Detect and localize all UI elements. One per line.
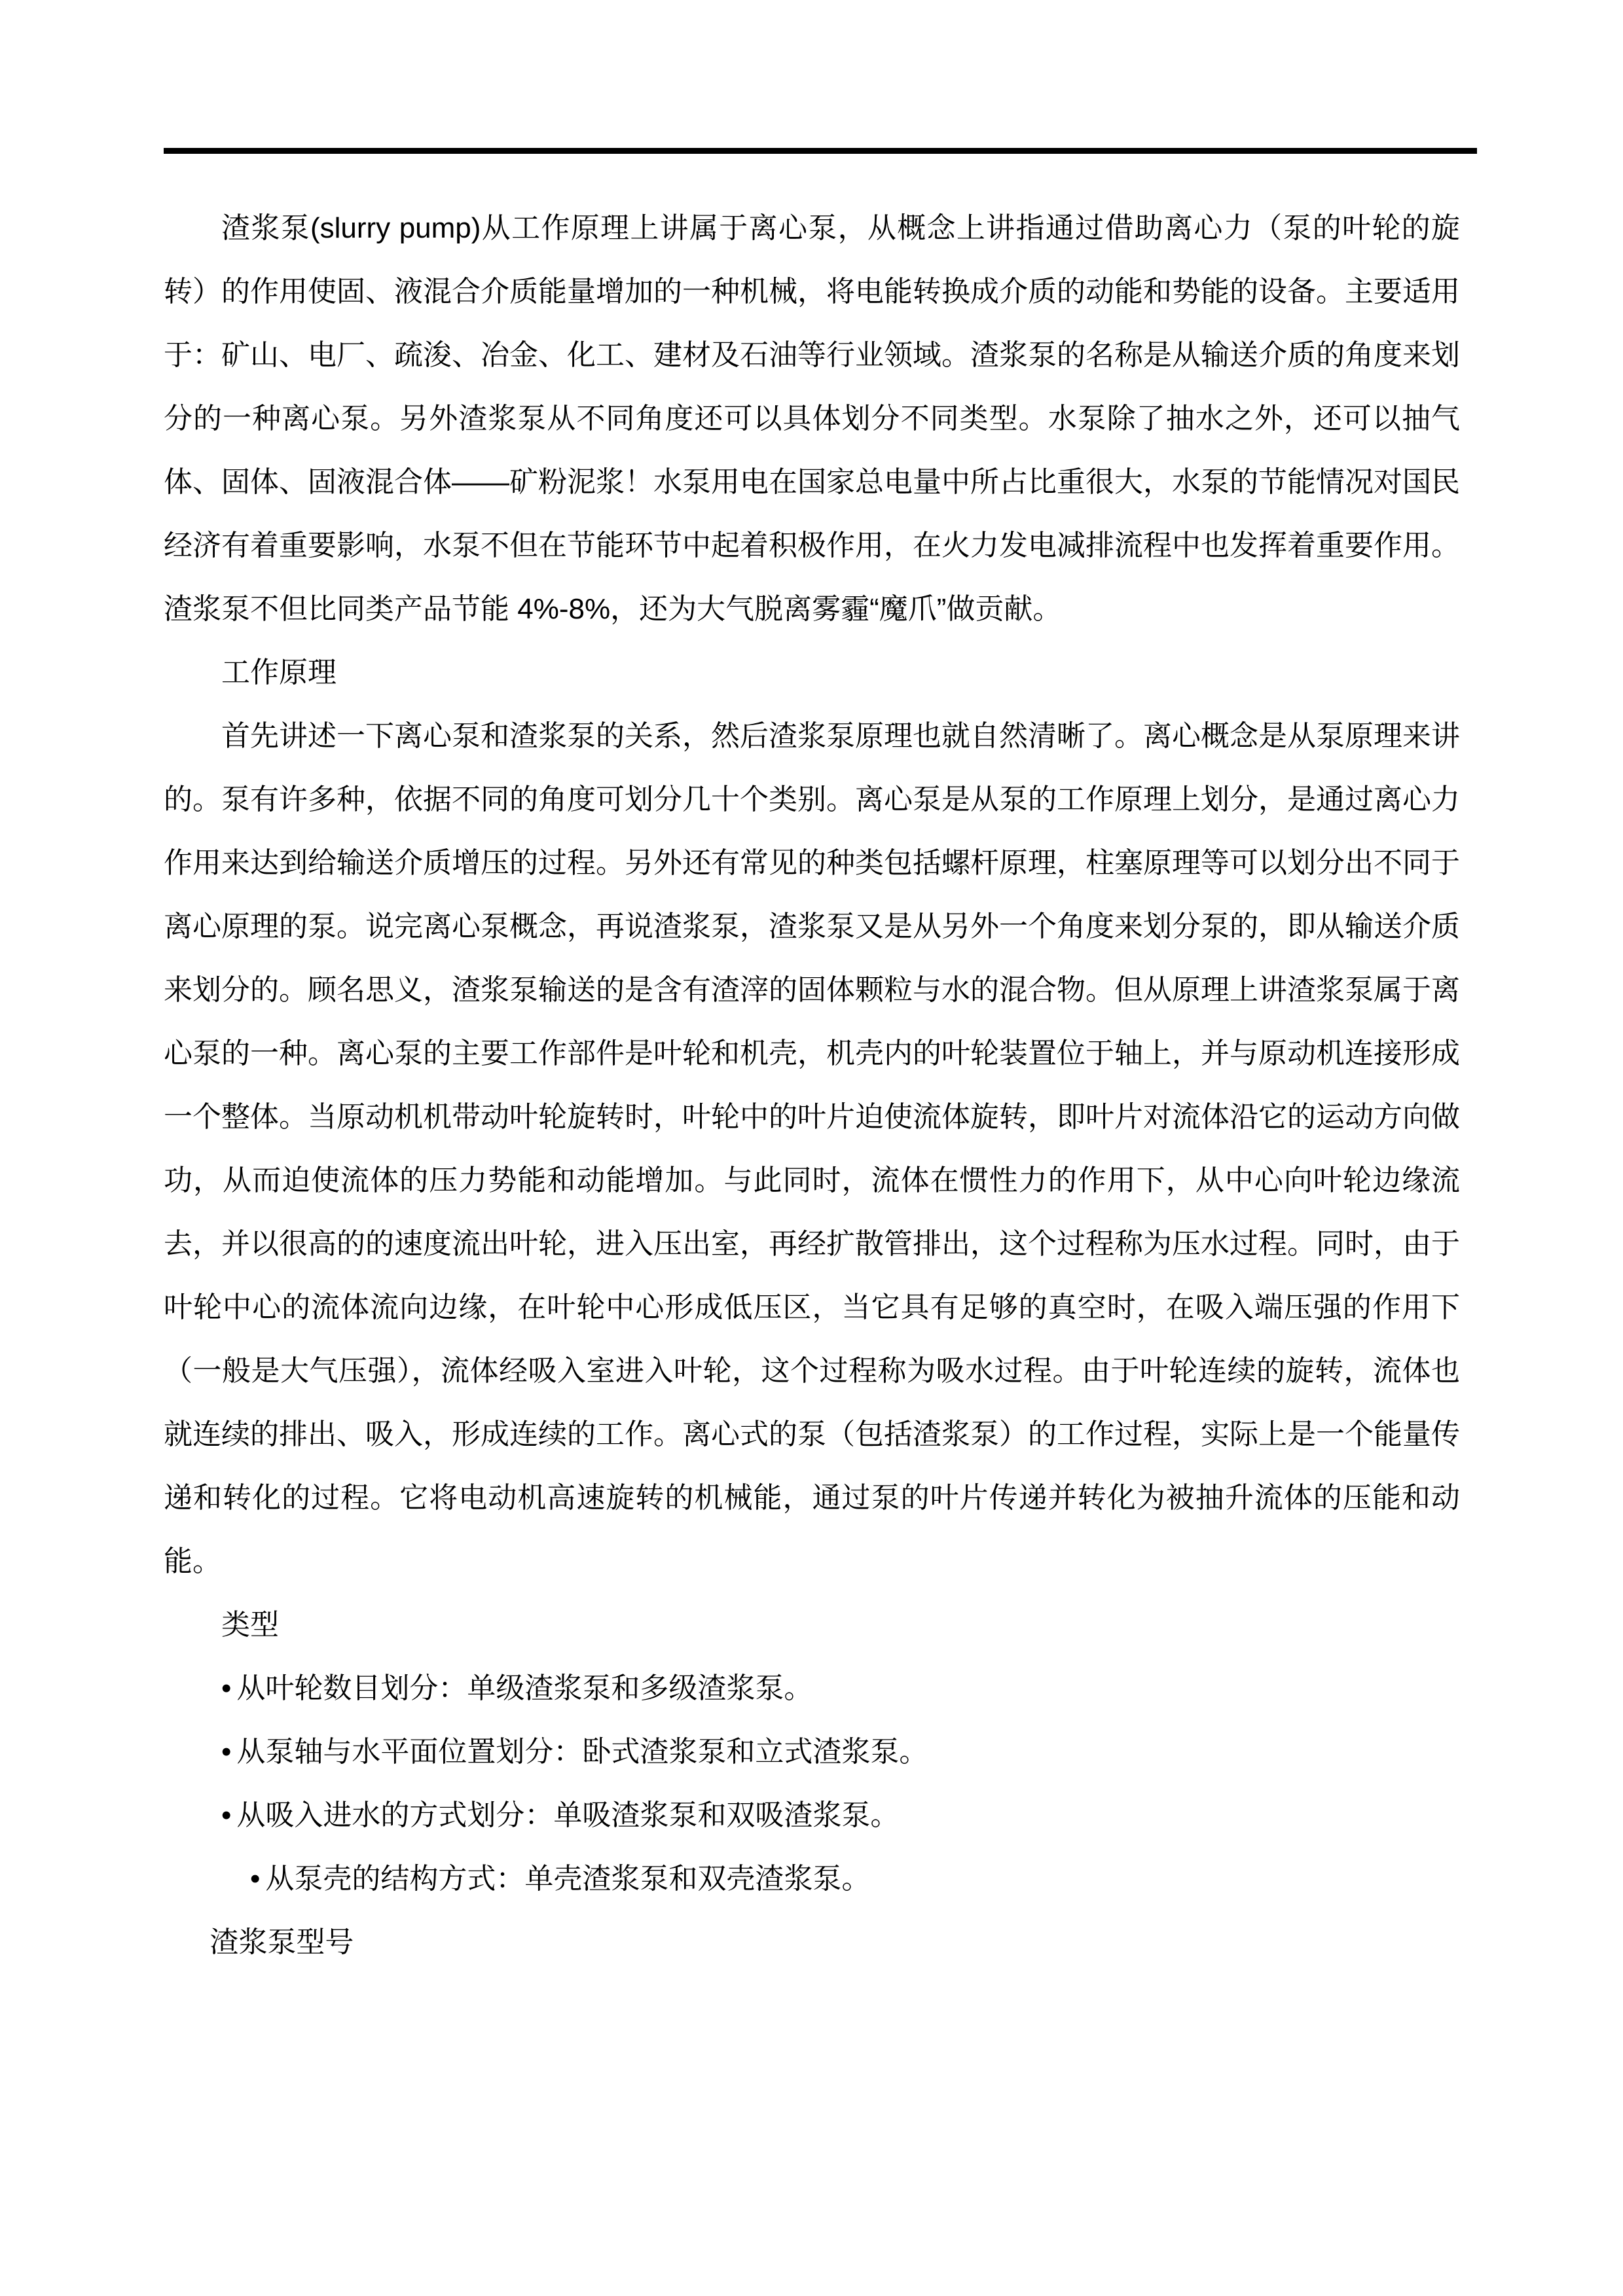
paragraph-intro: 渣浆泵(slurry pump)从工作原理上讲属于离心泵，从概念上讲指通过借助离… [164,196,1460,641]
bullet-item-text: 从泵壳的结构方式：单壳渣浆泵和双壳渣浆泵。 [265,1863,870,1895]
heading-pump-model: 渣浆泵型号 [164,1910,1460,1974]
paragraph-working-principle: 首先讲述一下离心泵和渣浆泵的关系，然后渣浆泵原理也就自然清晰了。离心概念是从泵原… [164,704,1460,1593]
header-rule [164,148,1477,154]
bullet-item-text: 从泵轴与水平面位置划分：卧式渣浆泵和立式渣浆泵。 [236,1736,928,1768]
bullet-icon: • [221,1672,231,1704]
bullet-icon: • [250,1863,260,1895]
bullet-icon: • [221,1799,231,1831]
heading-working-principle: 工作原理 [164,641,1460,704]
heading-types: 类型 [164,1593,1460,1657]
bullet-item-casing-structure: •从泵壳的结构方式：单壳渣浆泵和双壳渣浆泵。 [164,1847,1460,1910]
bullet-item-impeller-count: •从叶轮数目划分：单级渣浆泵和多级渣浆泵。 [164,1657,1460,1720]
document-page: 渣浆泵(slurry pump)从工作原理上讲属于离心泵，从概念上讲指通过借助离… [0,0,1623,2296]
bullet-item-shaft-position: •从泵轴与水平面位置划分：卧式渣浆泵和立式渣浆泵。 [164,1720,1460,1784]
bullet-item-text: 从吸入进水的方式划分：单吸渣浆泵和双吸渣浆泵。 [236,1799,899,1831]
bullet-item-suction-mode: •从吸入进水的方式划分：单吸渣浆泵和双吸渣浆泵。 [164,1784,1460,1847]
document-content: 渣浆泵(slurry pump)从工作原理上讲属于离心泵，从概念上讲指通过借助离… [164,196,1460,1974]
bullet-item-text: 从叶轮数目划分：单级渣浆泵和多级渣浆泵。 [236,1672,812,1704]
bullet-icon: • [221,1736,231,1768]
